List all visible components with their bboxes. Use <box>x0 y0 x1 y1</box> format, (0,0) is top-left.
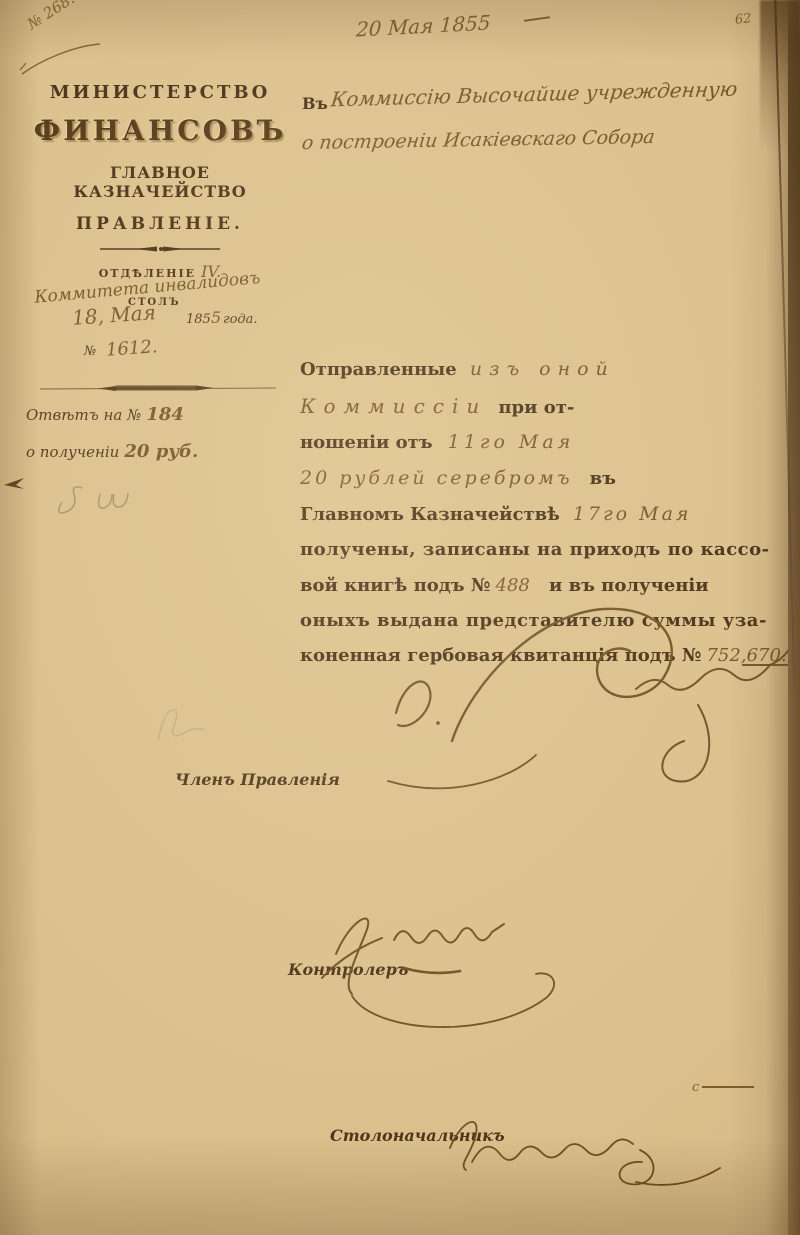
margin-arrow-mark <box>2 476 28 492</box>
year-handwritten-digit: 5 <box>211 308 221 327</box>
binding-edge-top <box>760 0 800 150</box>
outgoing-number-value: 1612. <box>105 336 158 361</box>
body-line2-hand: Коммиссіи <box>300 394 487 418</box>
received-date-note: 20 Мая 1855 <box>355 10 491 41</box>
body-line6-printed: получены, записаны на приходъ по кассо- <box>300 539 770 560</box>
letterhead-ministry: МИНИСТЕРСТВО <box>32 82 288 103</box>
binding-edge-core <box>788 0 800 1235</box>
letterhead-treasury: ГЛАВНОЕ КАЗНАЧЕЙСТВО <box>32 163 288 201</box>
pencil-scribble-2 <box>148 700 218 750</box>
section-divider-rule <box>38 382 278 394</box>
body-line5-printed: Главномъ Казначействѣ <box>300 504 560 525</box>
year-printed-prefix: 185 <box>186 312 211 327</box>
subject-amount: 20 руб. <box>124 441 198 462</box>
day-month-handwritten: 18, Мая <box>71 300 156 330</box>
body-line4-hand: 20 рублей серебромъ <box>300 467 573 489</box>
body-line5-hand: 17го Мая <box>573 503 692 525</box>
body-line4-printed: въ <box>590 468 616 489</box>
year-printed-suffix: года. <box>223 312 258 327</box>
reply-to-number: 184 <box>146 404 184 425</box>
body-line2-printed: при от- <box>498 397 574 418</box>
member-signature <box>368 585 788 820</box>
member-label: Членъ Правленія <box>175 770 340 789</box>
corner-underline-flourish <box>16 40 106 80</box>
addressee-line2: о построеніи Исакіевскаго Собора <box>301 126 656 154</box>
controller-signature <box>300 862 590 1052</box>
clerk-signature <box>428 1086 758 1201</box>
folio-number: 62 <box>734 11 752 28</box>
body-line1-printed: Отправленные <box>300 359 457 380</box>
subject-label: о полученіи <box>26 443 119 461</box>
addressee-prefix: Въ <box>302 94 328 113</box>
letterhead-divider-ornament <box>95 243 225 255</box>
addressee-line1: Коммиссію Высочайше учрежденную <box>330 77 739 112</box>
letterhead-finance: ФИНАНСОВЪ <box>32 114 288 147</box>
letterhead-board: ПРАВЛЕНІЕ. <box>32 214 288 234</box>
pencil-scribble <box>48 472 138 518</box>
letterhead: МИНИСТЕРСТВО ФИНАНСОВЪ ГЛАВНОЕ КАЗНАЧЕЙС… <box>32 82 288 281</box>
date-flourish <box>524 16 550 22</box>
body-line3-hand: 11го Мая <box>448 431 575 453</box>
reply-to-label: Отвѣтъ на № <box>26 406 141 424</box>
corner-register-number: № 268. <box>24 0 78 33</box>
body-line1-hand: изъ оной <box>470 358 615 380</box>
outgoing-number-label: № <box>84 344 96 359</box>
body-line3-printed: ношеніи отъ <box>300 432 433 453</box>
